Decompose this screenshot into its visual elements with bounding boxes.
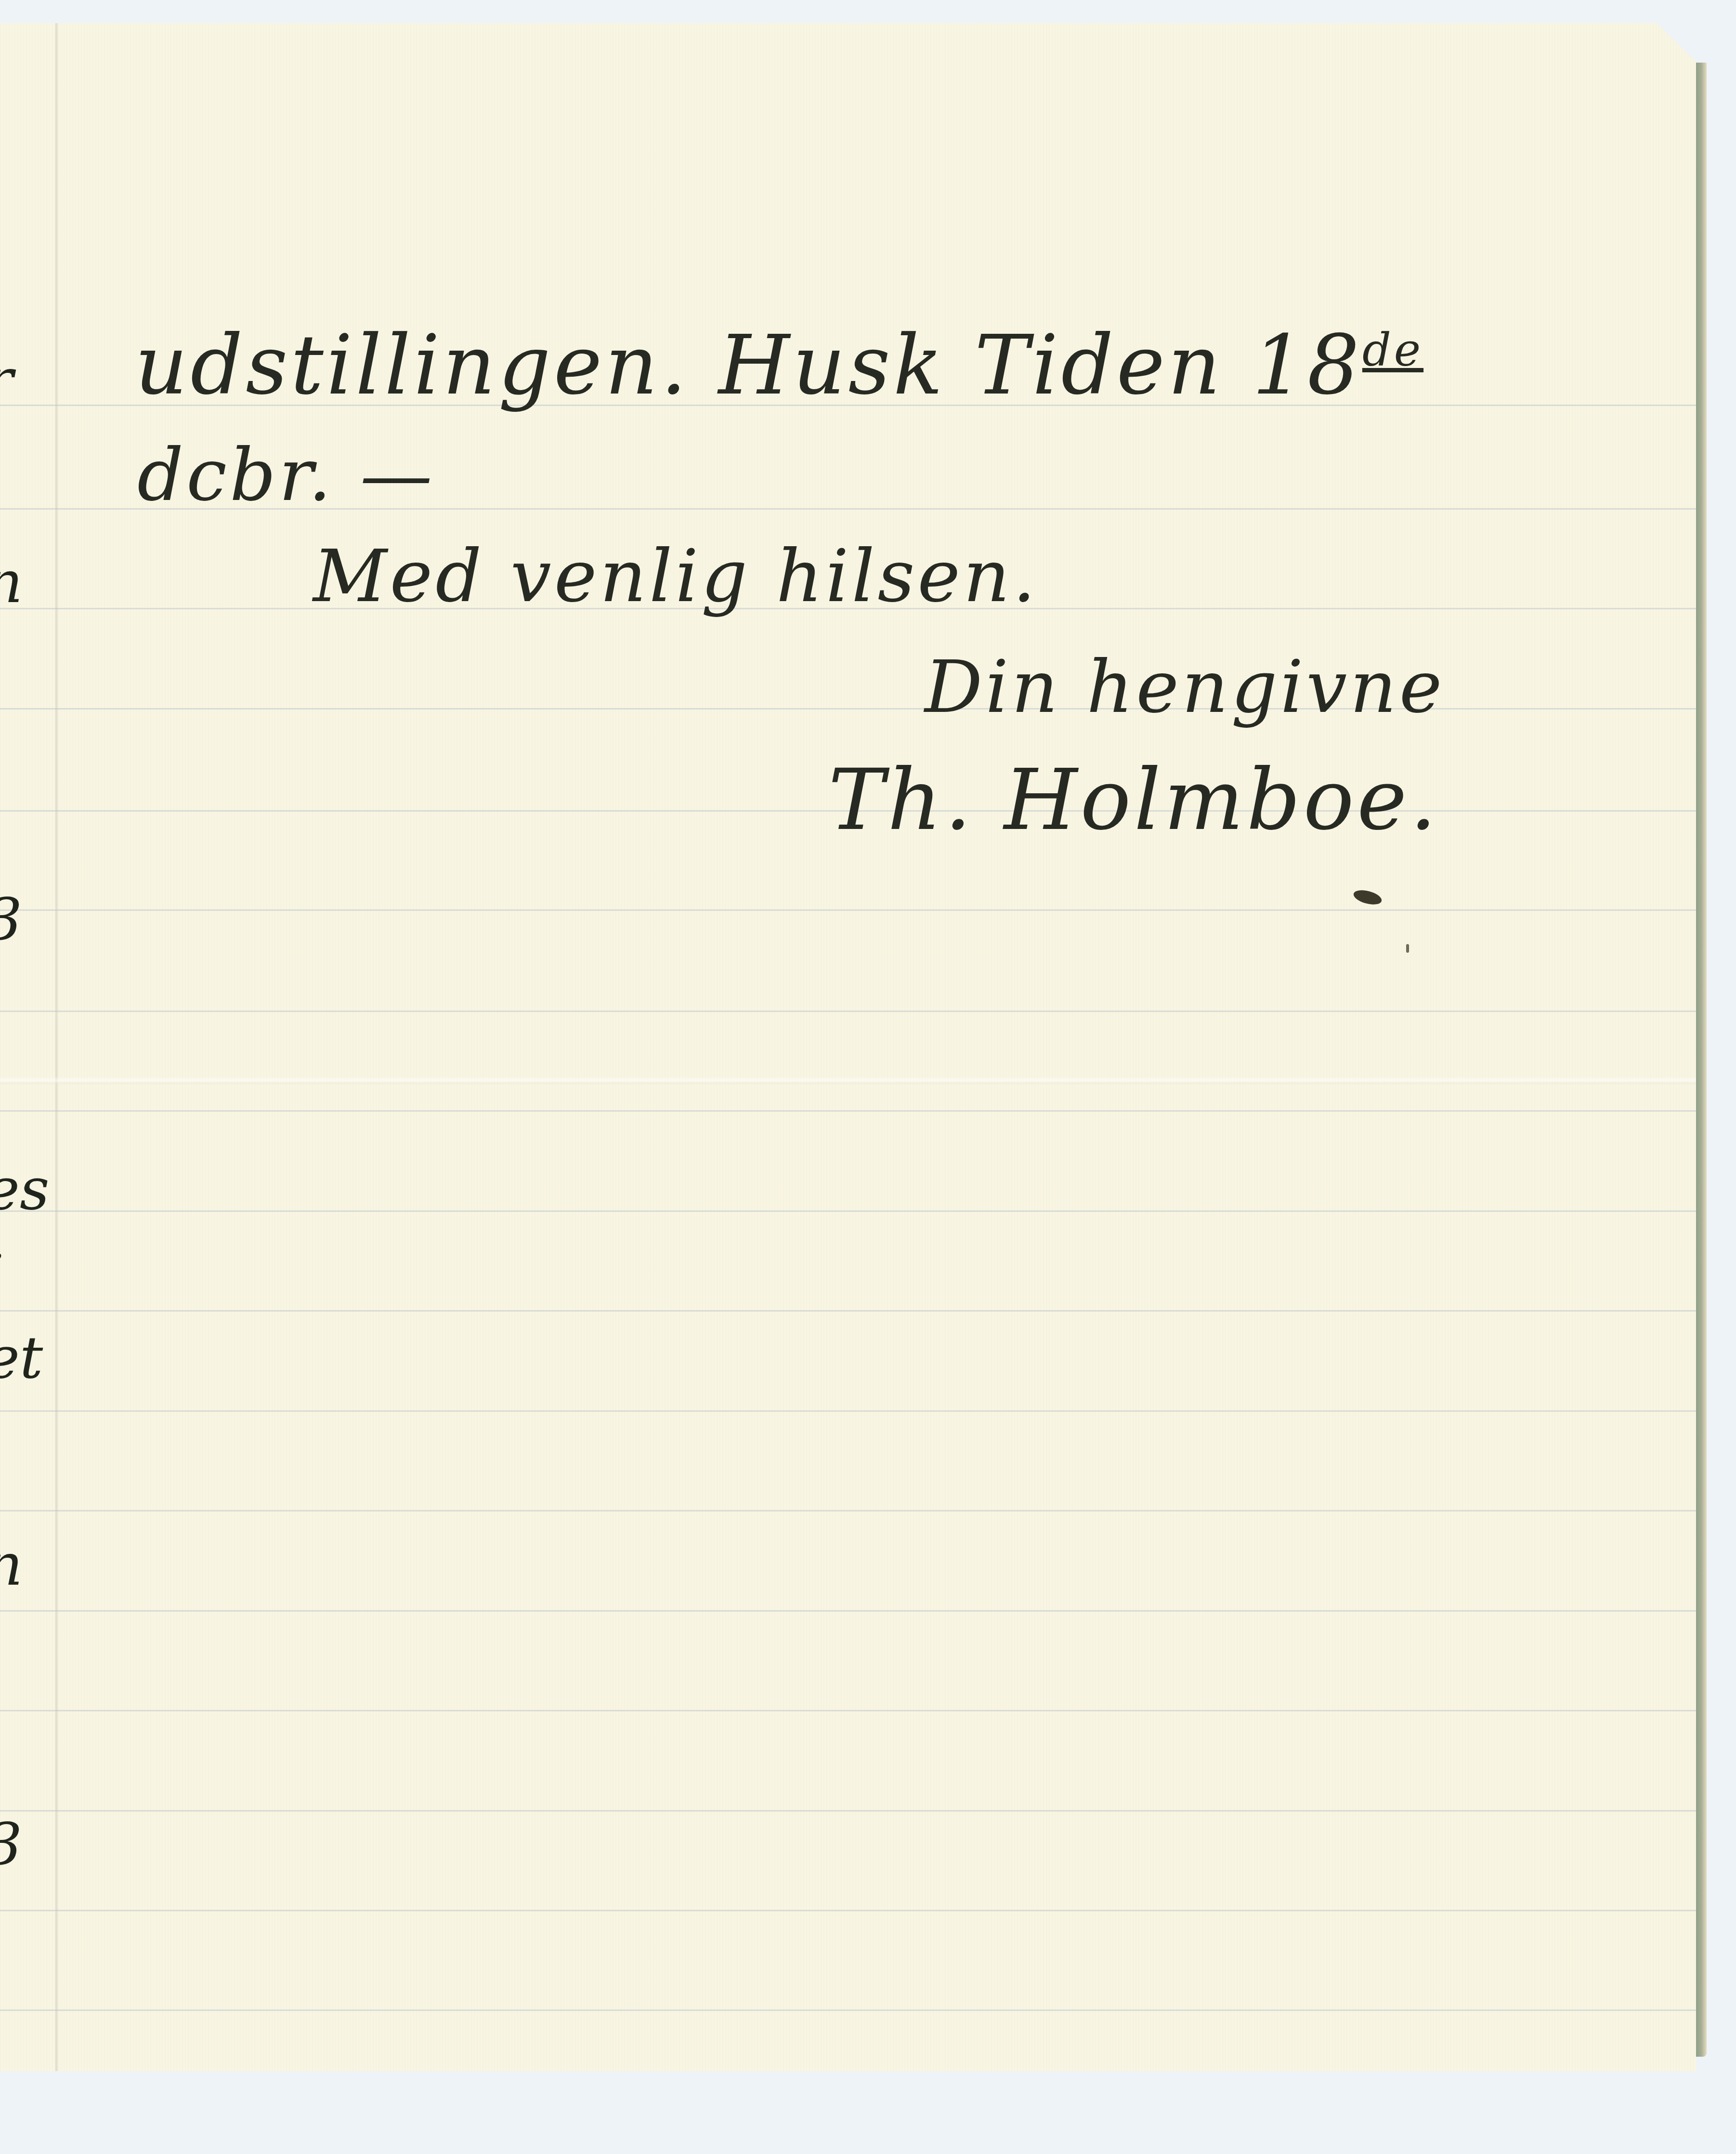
ruled-line	[0, 1510, 1696, 1511]
previous-page-fragment: n	[0, 1532, 23, 1599]
ruled-line	[0, 1610, 1696, 1612]
vertical-fold-crease	[54, 23, 59, 2071]
previous-page-fragment: 3	[0, 1811, 22, 1878]
previous-page-fragment: 3	[0, 886, 22, 953]
signature: Th. Holmboe.	[828, 751, 1439, 849]
ruled-line	[0, 909, 1696, 911]
ruled-line	[0, 1910, 1696, 1911]
horizontal-fold-crease	[0, 1077, 1696, 1084]
ruled-line	[0, 1310, 1696, 1312]
paper-edge-shadow	[1696, 63, 1707, 2057]
closing-greeting: Med venlig hilsen.	[313, 535, 1038, 618]
ruled-line	[0, 1410, 1696, 1412]
ink-speck	[1406, 944, 1409, 953]
letter-line-1: udstillingen. Husk Tiden 18de	[135, 318, 1423, 413]
ruled-line	[0, 2010, 1696, 2011]
previous-page-fragment: es	[0, 1156, 50, 1223]
line-1-text: udstillingen. Husk Tiden 18	[135, 318, 1362, 413]
ruled-line	[0, 1011, 1696, 1012]
ordinal-superscript: de	[1362, 324, 1423, 377]
ruled-line	[0, 1210, 1696, 1212]
letter-line-2: dcbr. —	[137, 433, 435, 517]
previous-page-fragment: n	[0, 549, 23, 616]
ruled-line	[0, 1710, 1696, 1711]
previous-page-fragment: et	[0, 1325, 43, 1392]
valediction: Din hengivne	[925, 645, 1445, 729]
ruled-line	[0, 1810, 1696, 1812]
previous-page-fragment: r	[0, 347, 13, 414]
ruled-line	[0, 1110, 1696, 1112]
